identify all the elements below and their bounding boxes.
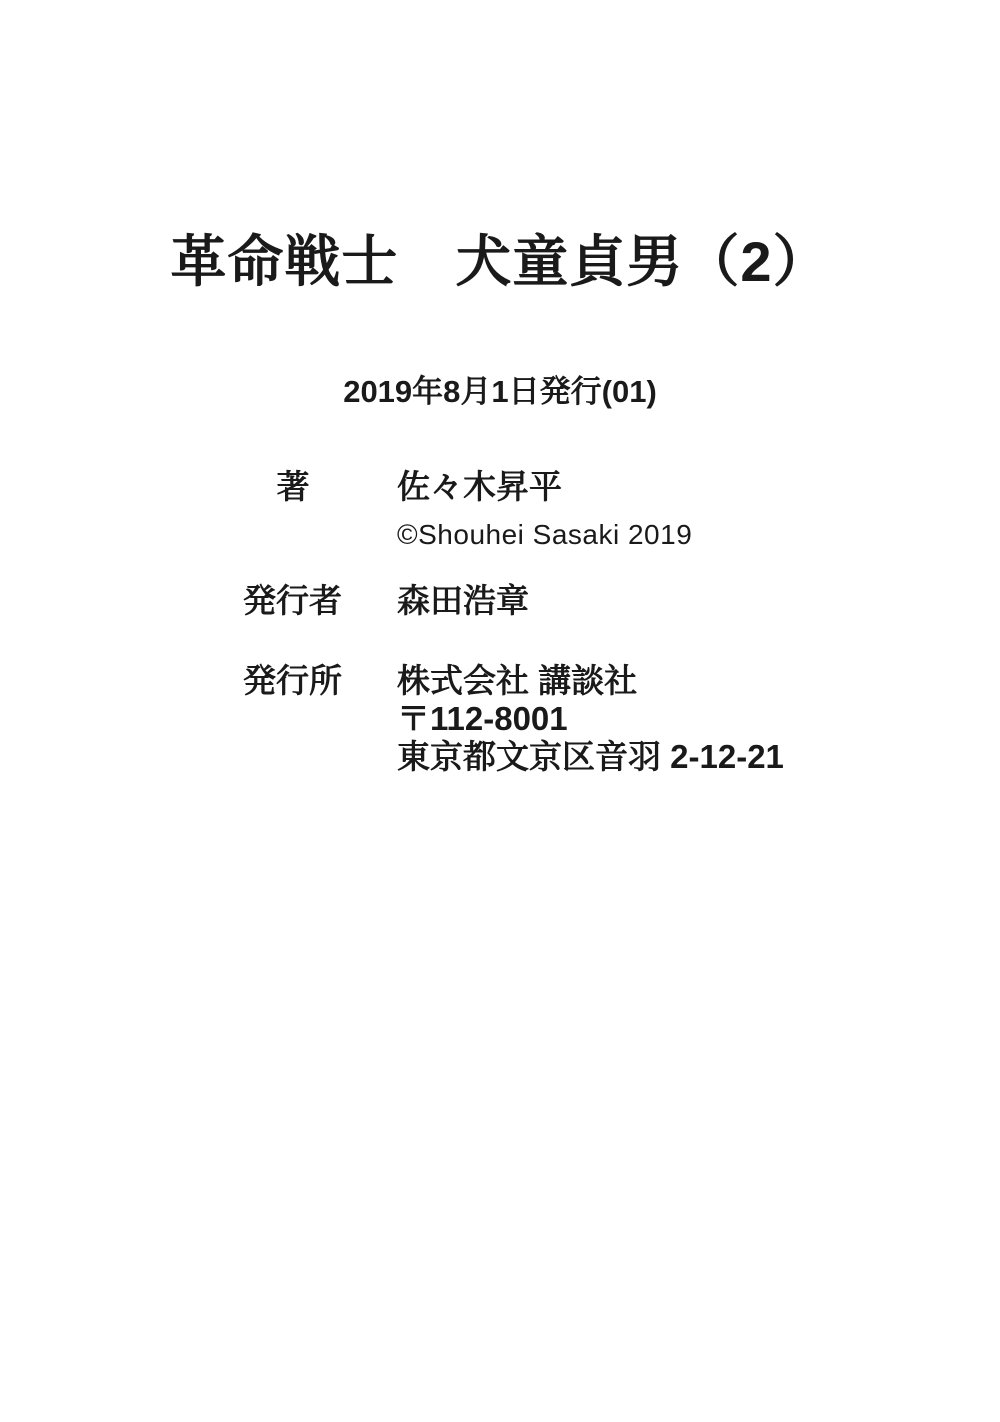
- edition-date-line: 2019年8月1日発行(01): [0, 366, 1000, 411]
- publishing-house-address: 東京都文京区音羽 2-12-21: [397, 738, 784, 776]
- publishing-house-postal-code: 〒112-8001: [397, 700, 784, 738]
- author-name: 佐々木昇平: [397, 468, 692, 506]
- publishing-house-value: 株式会社 講談社 〒112-8001 東京都文京区音羽 2-12-21: [397, 662, 784, 776]
- copyright-line: ©Shouhei Sasaki 2019: [397, 516, 692, 554]
- colophon-page: 革命戦士 犬童貞男（2） 2019年8月1日発行(01) 著 佐々木昇平 ©Sh…: [0, 0, 1000, 1422]
- author-label: 著: [243, 468, 343, 506]
- publisher-label: 発行者: [243, 582, 343, 620]
- book-title: 革命戦士 犬童貞男（2）: [0, 230, 1000, 294]
- publisher-row: 発行者 森田浩章: [243, 582, 529, 620]
- publisher-name: 森田浩章: [397, 582, 529, 620]
- author-value: 佐々木昇平 ©Shouhei Sasaki 2019: [397, 468, 692, 554]
- publisher-value: 森田浩章: [397, 582, 529, 620]
- publishing-house-row: 発行所 株式会社 講談社 〒112-8001 東京都文京区音羽 2-12-21: [243, 662, 784, 776]
- author-row: 著 佐々木昇平 ©Shouhei Sasaki 2019: [243, 468, 692, 554]
- publishing-house-company: 株式会社 講談社: [397, 662, 784, 700]
- publishing-house-label: 発行所: [243, 662, 343, 700]
